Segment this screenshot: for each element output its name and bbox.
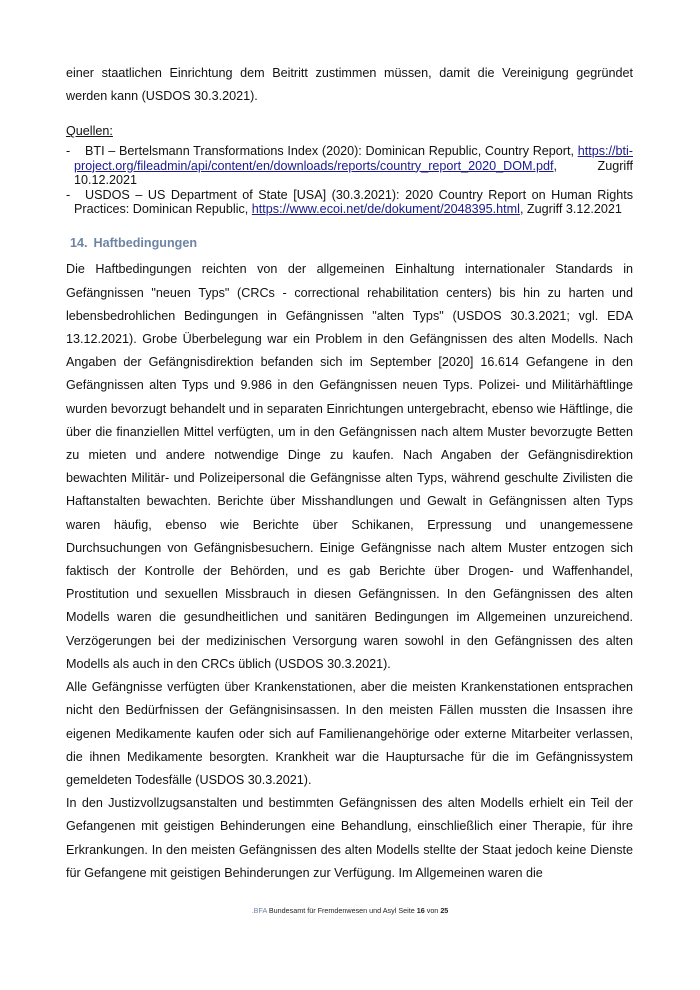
footer-page-label: Seite xyxy=(398,906,414,915)
source-link-usdos[interactable]: https://www.ecoi.net/de/dokument/2048395… xyxy=(252,202,520,216)
source-text: BTI – Bertelsmann Transformations Index … xyxy=(85,144,578,158)
section-title: Haftbedingungen xyxy=(94,236,198,250)
intro-paragraph: einer staatlichen Einrichtung dem Beitri… xyxy=(66,62,633,108)
source-item-bti: -BTI – Bertelsmann Transformations Index… xyxy=(66,144,633,187)
document-page: einer staatlichen Einrichtung dem Beitri… xyxy=(66,62,633,885)
sources-list: -BTI – Bertelsmann Transformations Index… xyxy=(66,144,633,216)
footer-page-current: 16 xyxy=(417,906,425,915)
footer-brand-logo: .BFA xyxy=(252,906,267,915)
footer-page-of: von xyxy=(427,906,439,915)
list-dash: - xyxy=(66,144,85,158)
section-heading: 14.Haftbedingungen xyxy=(70,234,633,252)
paragraph-geistige-behinderungen: In den Justizvollzugsanstalten und besti… xyxy=(66,792,633,885)
section-number: 14. xyxy=(70,234,88,252)
list-dash: - xyxy=(66,188,85,202)
source-item-usdos: -USDOS – US Department of State [USA] (3… xyxy=(66,188,633,217)
paragraph-haftbedingungen: Die Haftbedingungen reichten von der all… xyxy=(66,258,633,676)
footer-org: Bundesamt für Fremdenwesen und Asyl xyxy=(269,906,396,915)
footer-page-total: 25 xyxy=(440,906,448,915)
source-access-date: , Zugriff 3.12.2021 xyxy=(520,202,622,216)
sources-title: Quellen: xyxy=(66,122,633,140)
page-footer: .BFA Bundesamt für Fremdenwesen und Asyl… xyxy=(0,906,700,915)
paragraph-krankenstationen: Alle Gefängnisse verfügten über Krankens… xyxy=(66,676,633,792)
